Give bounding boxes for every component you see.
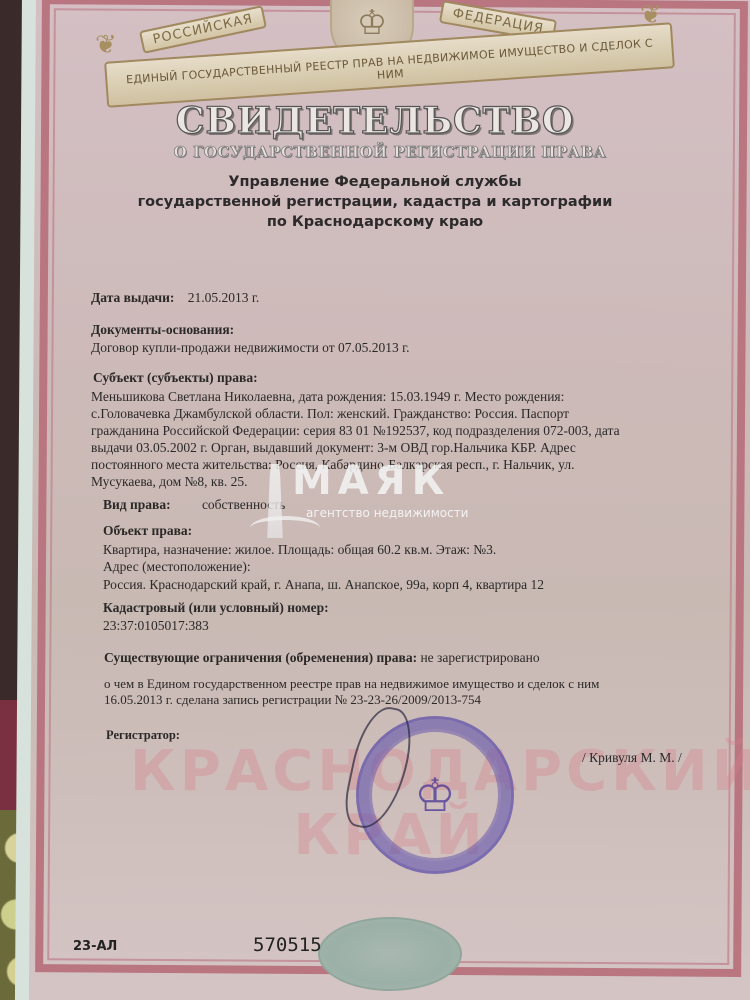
basis-value: Договор купли-продажи недвижимости от 07…: [91, 340, 410, 356]
issuing-agency: Управление Федеральной службы государств…: [0, 172, 750, 232]
issue-date-label: Дата выдачи:: [91, 290, 174, 305]
subject-label: Субъект (субъекты) права:: [93, 370, 258, 386]
form-series: 23-АЛ: [73, 939, 117, 954]
object-line: Адрес (местоположение):: [103, 558, 251, 575]
logo-tagline: агентство недвижимости: [306, 506, 468, 520]
object-line: Квартира, назначение: жилое. Площадь: об…: [103, 541, 496, 558]
agency-watermark-logo: МАЯК агентство недвижимости: [250, 462, 510, 542]
ornament-swirl-icon: ❦: [95, 30, 117, 60]
issue-date-value: 21.05.2013 г.: [188, 290, 260, 305]
registrar-name: / Кривуля М. М. /: [582, 750, 682, 766]
issue-date: Дата выдачи: 21.05.2013 г.: [91, 290, 259, 306]
document-subtitle: О ГОСУДАРСТВЕННОЙ РЕГИСТРАЦИИ ПРАВА: [15, 143, 750, 161]
encumbrance: Существующие ограничения (обременения) п…: [104, 650, 540, 666]
cadastral-value: 23:37:0105017:383: [103, 618, 209, 634]
subject-line: Мусукаева, дом №8, кв. 25.: [91, 473, 247, 490]
banner-russian: РОССИЙСКАЯ: [139, 5, 267, 54]
agency-line: государственной регистрации, кадастра и …: [0, 192, 750, 212]
registrar-label: Регистратор:: [106, 728, 180, 743]
cadastral-label: Кадастровый (или условный) номер:: [103, 600, 329, 616]
subject-line: гражданина Российской Федерации: серия 8…: [91, 422, 620, 439]
encumbrance-label: Существующие ограничения (обременения) п…: [104, 650, 417, 665]
subject-line: Меньшикова Светлана Николаевна, дата рож…: [91, 388, 564, 405]
agency-line: по Краснодарскому краю: [0, 212, 750, 232]
registry-note-line: 16.05.2013 г. сделана запись регистрации…: [104, 691, 481, 708]
logo-word: МАЯК: [292, 458, 450, 504]
subject-line: с.Головачевка Джамбулской области. Пол: …: [91, 405, 569, 422]
security-rosette-icon: [318, 917, 462, 991]
subject-line: выдачи 03.05.2002 г. Орган, выдавший док…: [91, 439, 576, 456]
basis-label: Документы-основания:: [91, 322, 234, 338]
official-seal-icon: ♔: [414, 768, 455, 822]
object-label: Объект права:: [103, 523, 192, 539]
encumbrance-value: не зарегистрировано: [420, 650, 539, 665]
object-line: Россия. Краснодарский край, г. Анапа, ш.…: [103, 576, 544, 593]
agency-line: Управление Федеральной службы: [0, 172, 750, 192]
certificate-content: ❦ ❦ ♔ РОССИЙСКАЯ ФЕДЕРАЦИЯ ЕДИНЫЙ ГОСУДА…: [0, 0, 750, 1000]
right-type-label: Вид права:: [103, 497, 171, 512]
document-title: СВИДЕТЕЛЬСТВО: [0, 100, 750, 142]
registry-note-line: о чем в Едином государственном реестре п…: [104, 675, 599, 692]
form-number: 570515: [253, 934, 322, 956]
